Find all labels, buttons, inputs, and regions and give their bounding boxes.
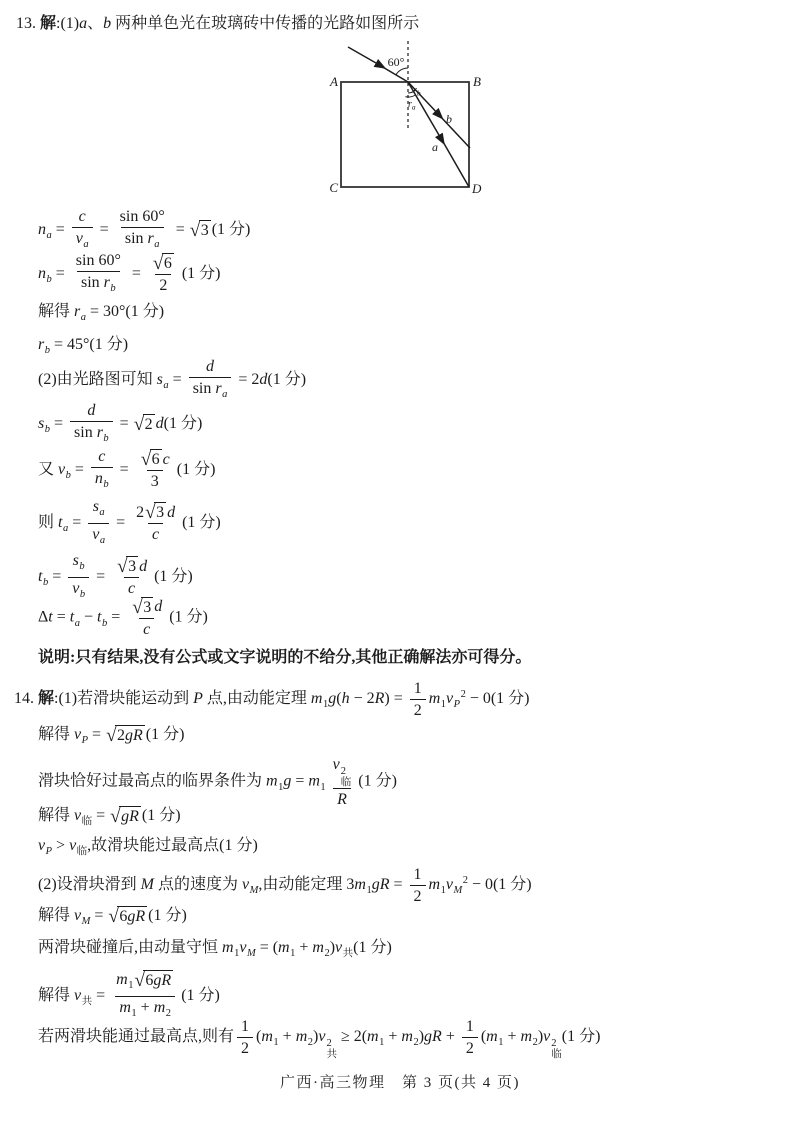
glass-brick-outline [341, 82, 469, 187]
formula-critical-condition: 滑块恰好过最高点的临界条件为 m1g = m1v2临R(1 分) [38, 754, 397, 810]
glass-brick-ray-diagram: 60° A B C D a b rb ra [323, 35, 501, 197]
physics-answer-sheet-page: 13. 解:(1)a、b 两种单色光在玻璃砖中传播的光路如图所示 [0, 0, 800, 1143]
refracted-ray-a-tail [442, 140, 469, 187]
formula-speed-b: 又 vb = cnb = √6c3(1 分) [38, 446, 215, 495]
incidence-angle-arc [396, 68, 408, 75]
formula-refractive-index-a: na = cva = sin 60°sin ra = √3(1 分) [38, 206, 250, 255]
ray-diagram-svg: 60° A B C D a b rb ra [323, 35, 501, 197]
refraction-angle-b-label: rb [413, 85, 421, 98]
incident-ray [348, 47, 383, 67]
formula-time-a: 则 ta = sava = 2√3dc(1 分) [38, 496, 221, 551]
formula-conclusion-pass-top: vP > v临,故滑块能过最高点(1 分) [38, 835, 258, 863]
corner-b-label: B [473, 74, 481, 89]
formula-solve-ra: 解得 ra = 30°(1 分) [38, 301, 164, 329]
formula-momentum-conservation: 两滑块碰撞后,由动量守恒 m1vM = (m1 + m2)v共(1 分) [38, 937, 392, 965]
ray-b-label: b [446, 112, 452, 126]
formula-work-energy-M: (2)设滑块滑到 M 点的速度为 vM,由动能定理 3m1gR = 12m1vM… [38, 864, 532, 907]
corner-a-label: A [329, 74, 338, 89]
formula-pass-top-inequality: 若两滑块能通过最高点,则有12(m1 + m2)v2共 ≥ 2(m1 + m2)… [38, 1016, 600, 1060]
formula-time-difference: Δt = ta − tb = √3dc(1 分) [38, 596, 208, 640]
problem-13-heading: 13. 解:(1)a、b 两种单色光在玻璃砖中传播的光路如图所示 [16, 13, 419, 35]
formula-path-length-a: (2)由光路图可知 sa = dsin ra = 2d(1 分) [38, 356, 306, 405]
formula-solve-vp: 解得 vP = √2gR(1 分) [38, 724, 184, 752]
angle-60-label: 60° [388, 55, 405, 69]
ray-a-label: a [432, 140, 438, 154]
page-footer: 广西·高三物理 第 3 页(共 4 页) [0, 1071, 800, 1092]
formula-refractive-index-b: nb = sin 60°sin rb = √62(1 分) [38, 250, 221, 299]
corner-c-label: C [329, 180, 338, 195]
formula-solve-vcritical: 解得 v临 = √gR(1 分) [38, 805, 181, 833]
corner-d-label: D [471, 181, 482, 196]
grading-note: 说明:只有结果,没有公式或文字说明的不给分,其他正确解法亦可得分。 [38, 647, 531, 669]
formula-solve-vm: 解得 vM = √6gR(1 分) [38, 905, 187, 933]
formula-path-length-b: sb = dsin rb = √2d(1 分) [38, 400, 202, 449]
problem-14-heading: 14. 解:(1)若滑块能运动到 P 点,由动能定理 m1g(h − 2R) =… [14, 678, 530, 721]
refraction-angle-a-label: ra [408, 99, 416, 112]
